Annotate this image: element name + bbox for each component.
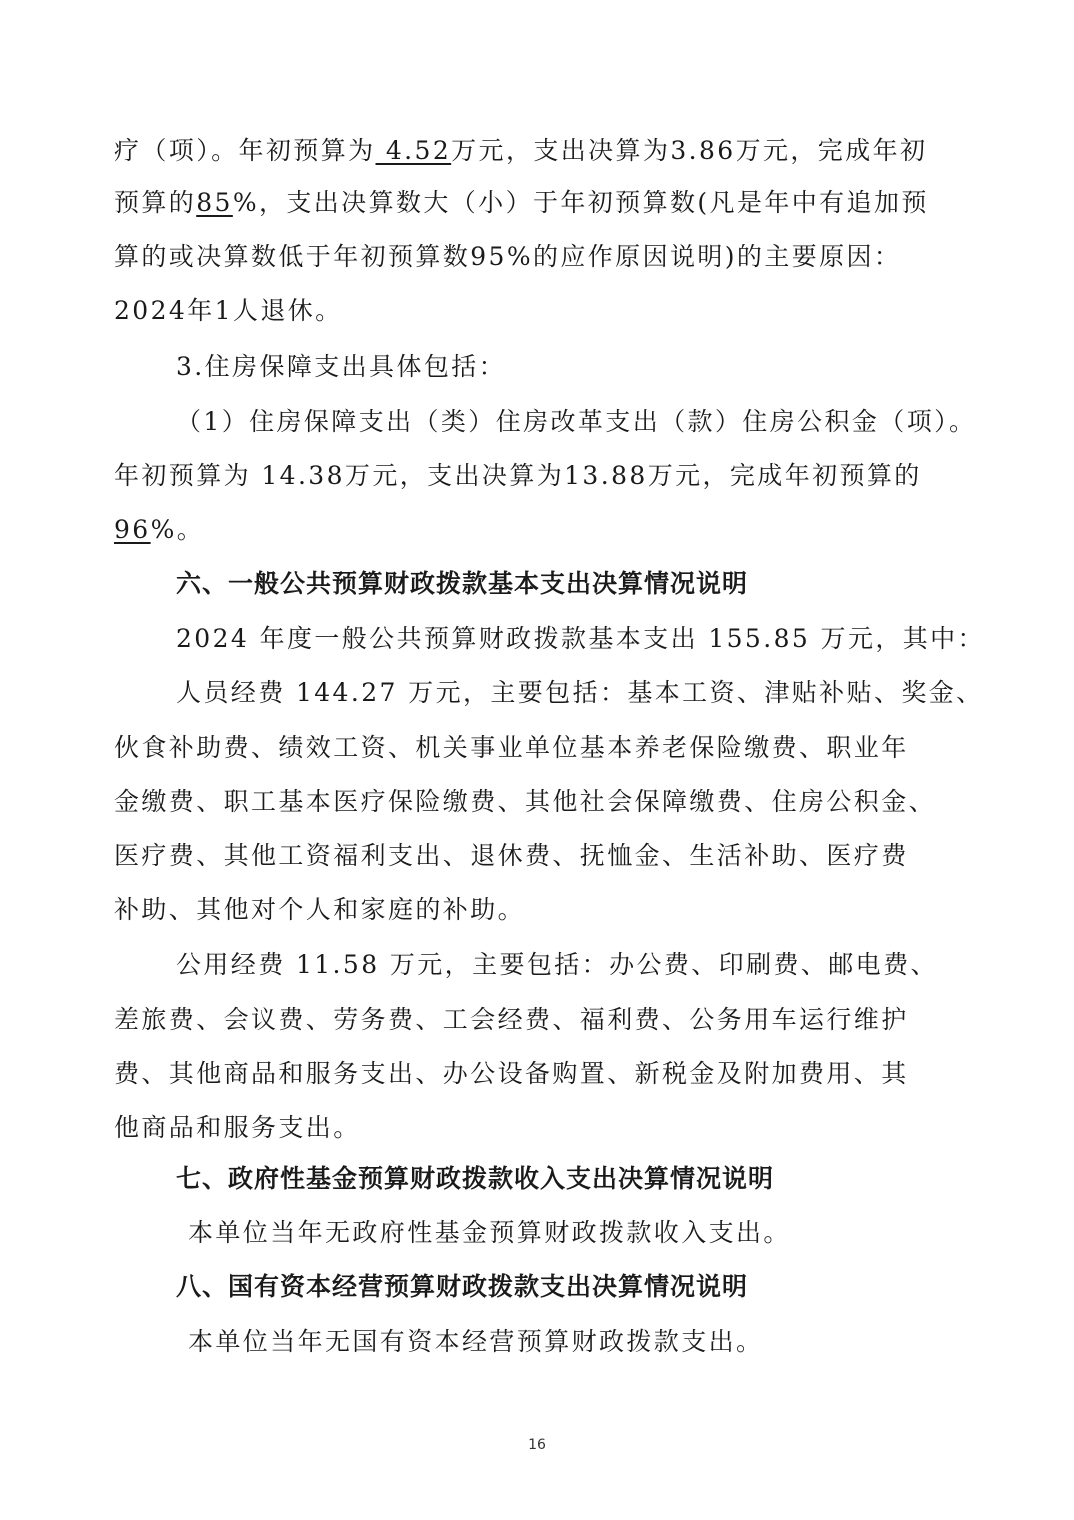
text: 疗（项）。年初预算为 <box>114 136 376 165</box>
document-page: 疗（项）。年初预算为 4.52万元，支出决算为3.86万元，完成年初 预算的85… <box>0 0 1074 1520</box>
paragraph-line: 公用经费 11.58 万元，主要包括：办公费、印刷费、邮电费、 <box>176 950 1026 980</box>
budget-amount: 4.52 <box>376 136 452 165</box>
paragraph-line: 金缴费、职工基本医疗保险缴费、其他社会保障缴费、住房公积金、 <box>114 787 964 817</box>
paragraph-line: 年初预算为 14.38万元，支出决算为13.88万元，完成年初预算的 <box>114 461 964 491</box>
section-heading: 八、国有资本经营预算财政拨款支出决算情况说明 <box>176 1272 1026 1302</box>
paragraph-line: 96%。 <box>114 515 964 545</box>
paragraph-line: 预算的85%，支出决算数大（小）于年初预算数(凡是年中有追加预 <box>114 188 964 218</box>
paragraph-line: 疗（项）。年初预算为 4.52万元，支出决算为3.86万元，完成年初 <box>114 136 964 166</box>
paragraph-line: 费、其他商品和服务支出、办公设备购置、新税金及附加费用、其 <box>114 1059 964 1089</box>
paragraph-line: 本单位当年无国有资本经营预算财政拨款支出。 <box>188 1327 1038 1357</box>
paragraph-line: 本单位当年无政府性基金预算财政拨款收入支出。 <box>188 1218 1038 1248</box>
section-heading: 六、一般公共预算财政拨款基本支出决算情况说明 <box>176 569 1026 599</box>
paragraph-line: 算的或决算数低于年初预算数95%的应作原因说明)的主要原因： <box>114 242 964 272</box>
paragraph-line: 医疗费、其他工资福利支出、退休费、抚恤金、生活补助、医疗费 <box>114 841 964 871</box>
item-title: 3.住房保障支出具体包括： <box>176 352 1026 382</box>
text: 预算的 <box>114 188 196 217</box>
paragraph-line: （1）住房保障支出（类）住房改革支出（款）住房公积金（项）。 <box>176 407 1026 437</box>
page-number: 16 <box>0 1437 1074 1453</box>
completion-percent: 96 <box>114 515 151 544</box>
paragraph-line: 伙食补助费、绩效工资、机关事业单位基本养老保险缴费、职业年 <box>114 733 964 763</box>
text: %，支出决算数大（小）于年初预算数(凡是年中有追加预 <box>233 188 929 217</box>
text: %。 <box>151 515 205 544</box>
paragraph-line: 人员经费 144.27 万元，主要包括：基本工资、津贴补贴、奖金、 <box>176 678 1026 708</box>
paragraph-line: 补助、其他对个人和家庭的补助。 <box>114 895 964 925</box>
paragraph-line: 2024 年度一般公共预算财政拨款基本支出 155.85 万元，其中： <box>176 624 1026 654</box>
text: 万元，支出决算为3.86万元，完成年初 <box>451 136 927 165</box>
paragraph-line: 他商品和服务支出。 <box>114 1113 964 1143</box>
section-heading: 七、政府性基金预算财政拨款收入支出决算情况说明 <box>176 1164 1026 1194</box>
paragraph-line: 差旅费、会议费、劳务费、工会经费、福利费、公务用车运行维护 <box>114 1005 964 1035</box>
completion-percent: 85 <box>196 188 233 217</box>
paragraph-line: 2024年1人退休。 <box>114 296 964 326</box>
